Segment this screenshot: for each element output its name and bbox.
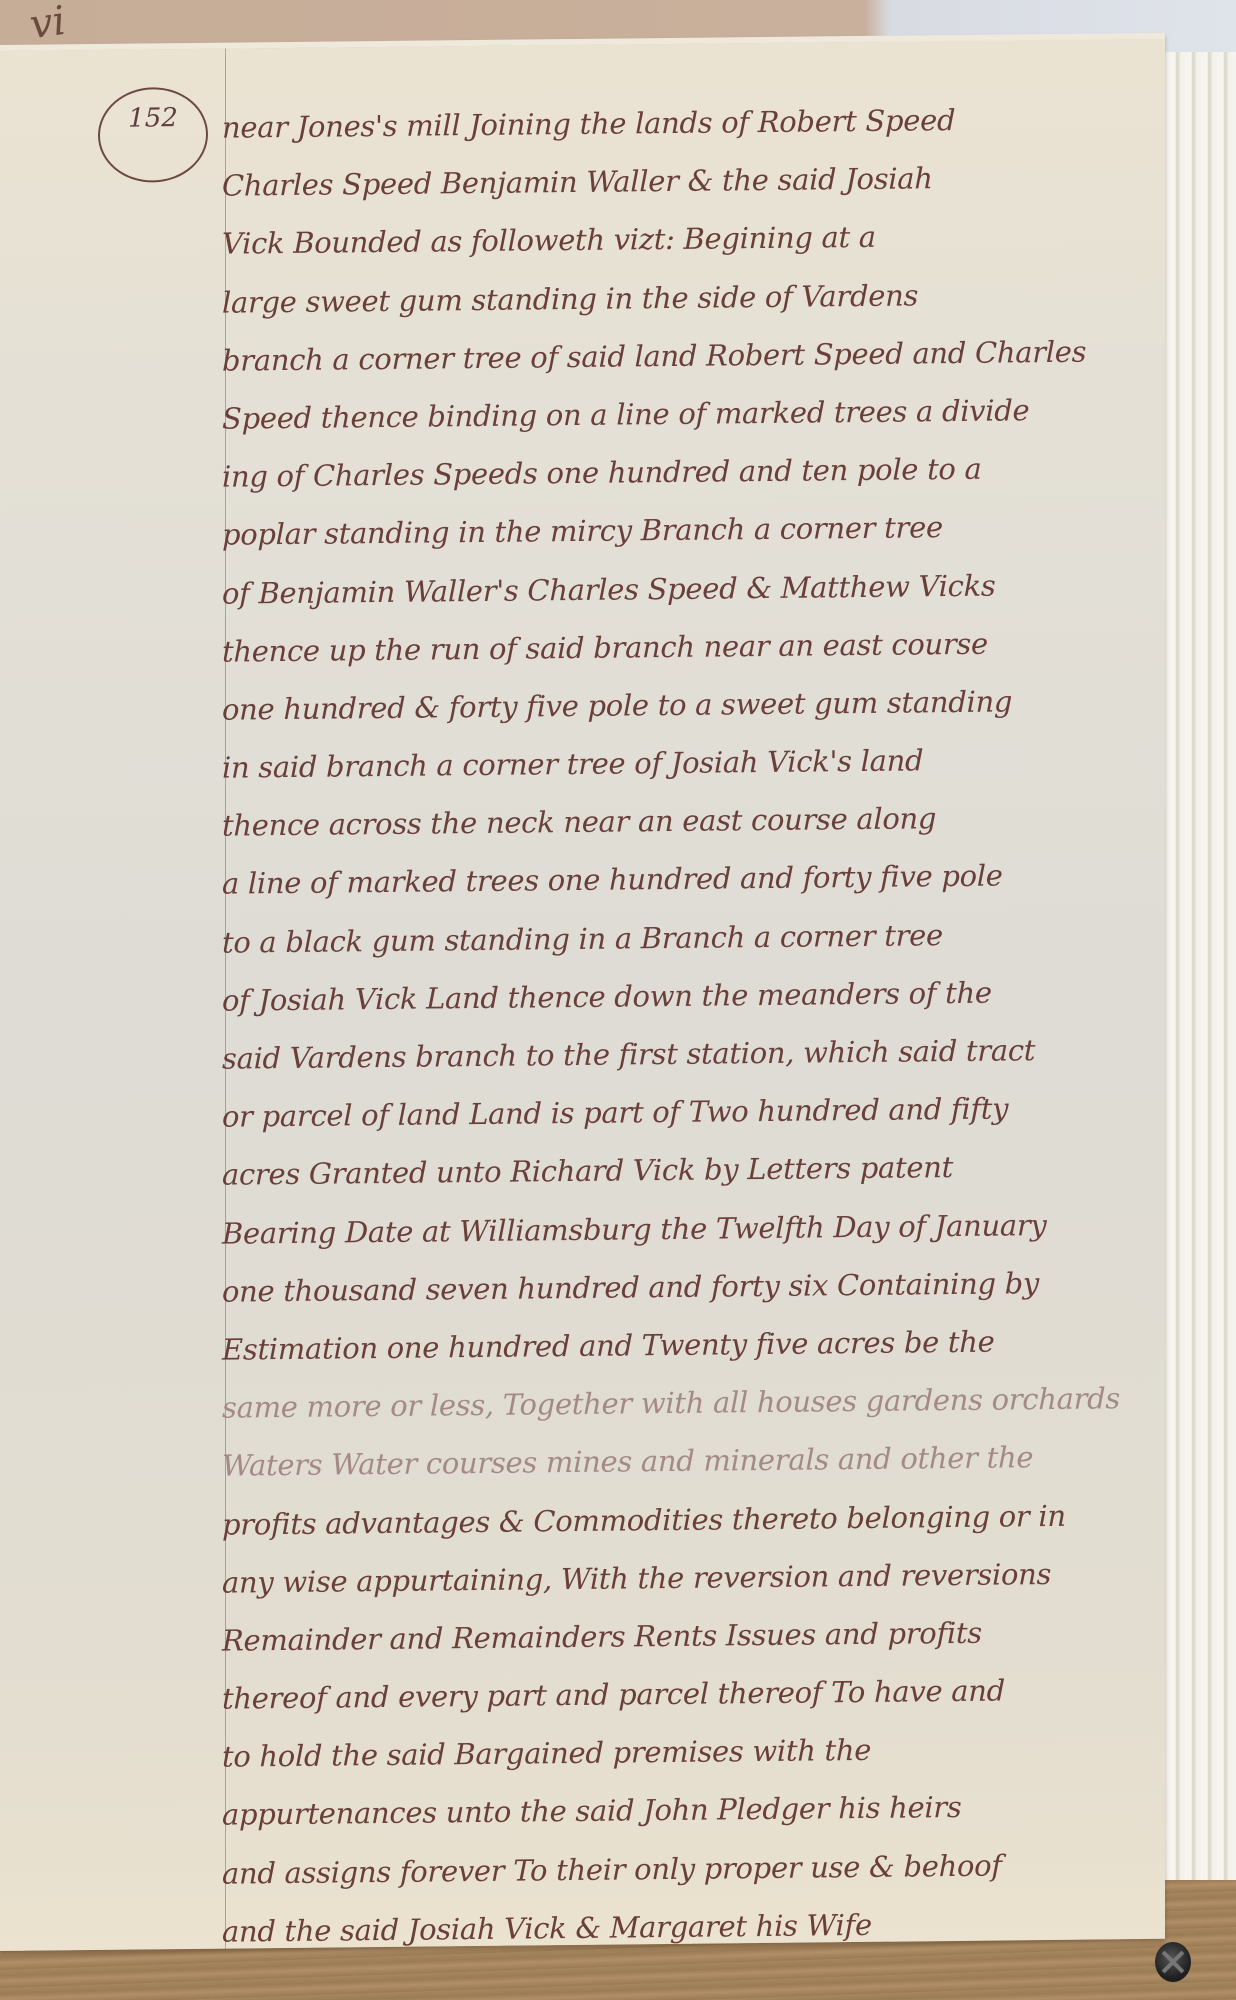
text-line: any wise appurtaining, With the reversio… [222,1544,1152,1612]
text-line: profits advantages & Commodities thereto… [222,1485,1152,1553]
text-line: one thousand seven hundred and forty six… [222,1253,1152,1321]
text-line: to a black gum standing in a Branch a co… [222,904,1152,972]
text-line: branch a corner tree of said land Robert… [222,322,1152,390]
text-line: one hundred & forty five pole to a sweet… [222,671,1152,739]
text-line: and the said Josiah Vick & Margaret his … [222,1893,1152,1961]
text-line: thence up the run of said branch near an… [222,613,1152,681]
text-line: or parcel of land Land is part of Two hu… [222,1078,1152,1146]
text-line: said Vardens branch to the first station… [222,1020,1152,1088]
text-line: appurtenances unto the said John Pledger… [222,1776,1152,1844]
text-line: near Jones's mill Joining the lands of R… [222,89,1152,157]
text-line: in said branch a corner tree of Josiah V… [222,729,1152,797]
text-line: Waters Water courses mines and minerals … [222,1427,1152,1495]
text-line: Charles Speed Benjamin Waller & the said… [222,147,1152,215]
screw-icon [1155,1942,1191,1982]
text-line: poplar standing in the mircy Branch a co… [222,496,1152,564]
text-line: and assigns forever To their only proper… [222,1835,1152,1903]
text-line: a line of marked trees one hundred and f… [222,845,1152,913]
text-line: ing of Charles Speeds one hundred and te… [222,438,1152,506]
text-line: Vick Bounded as followeth vizt: Begining… [222,205,1152,273]
deed-text: near Jones's mill Joining the lands of R… [222,89,1152,1961]
manuscript-page: 152 near Jones's mill Joining the lands … [0,33,1165,1951]
text-line: large sweet gum standing in the side of … [222,263,1152,331]
text-line: Bearing Date at Williamsburg the Twelfth… [222,1194,1152,1262]
text-line: same more or less, Together with all hou… [222,1369,1152,1437]
text-line: of Benjamin Waller's Charles Speed & Mat… [222,554,1152,622]
text-line: of Josiah Vick Land thence down the mean… [222,962,1152,1030]
text-line: thence across the neck near an east cour… [222,787,1152,855]
text-line: Remainder and Remainders Rents Issues an… [222,1602,1152,1670]
text-line: Speed thence binding on a line of marked… [222,380,1152,448]
text-line: thereof and every part and parcel thereo… [222,1660,1152,1728]
text-line: acres Granted unto Richard Vick by Lette… [222,1136,1152,1204]
folio-number: 152 [98,87,208,183]
text-line: Estimation one hundred and Twenty five a… [222,1311,1152,1379]
stray-handwriting-fragment: vi [27,0,68,48]
folio-number-text: 152 [128,103,178,134]
text-line: to hold the said Bargained premises with… [222,1718,1152,1786]
